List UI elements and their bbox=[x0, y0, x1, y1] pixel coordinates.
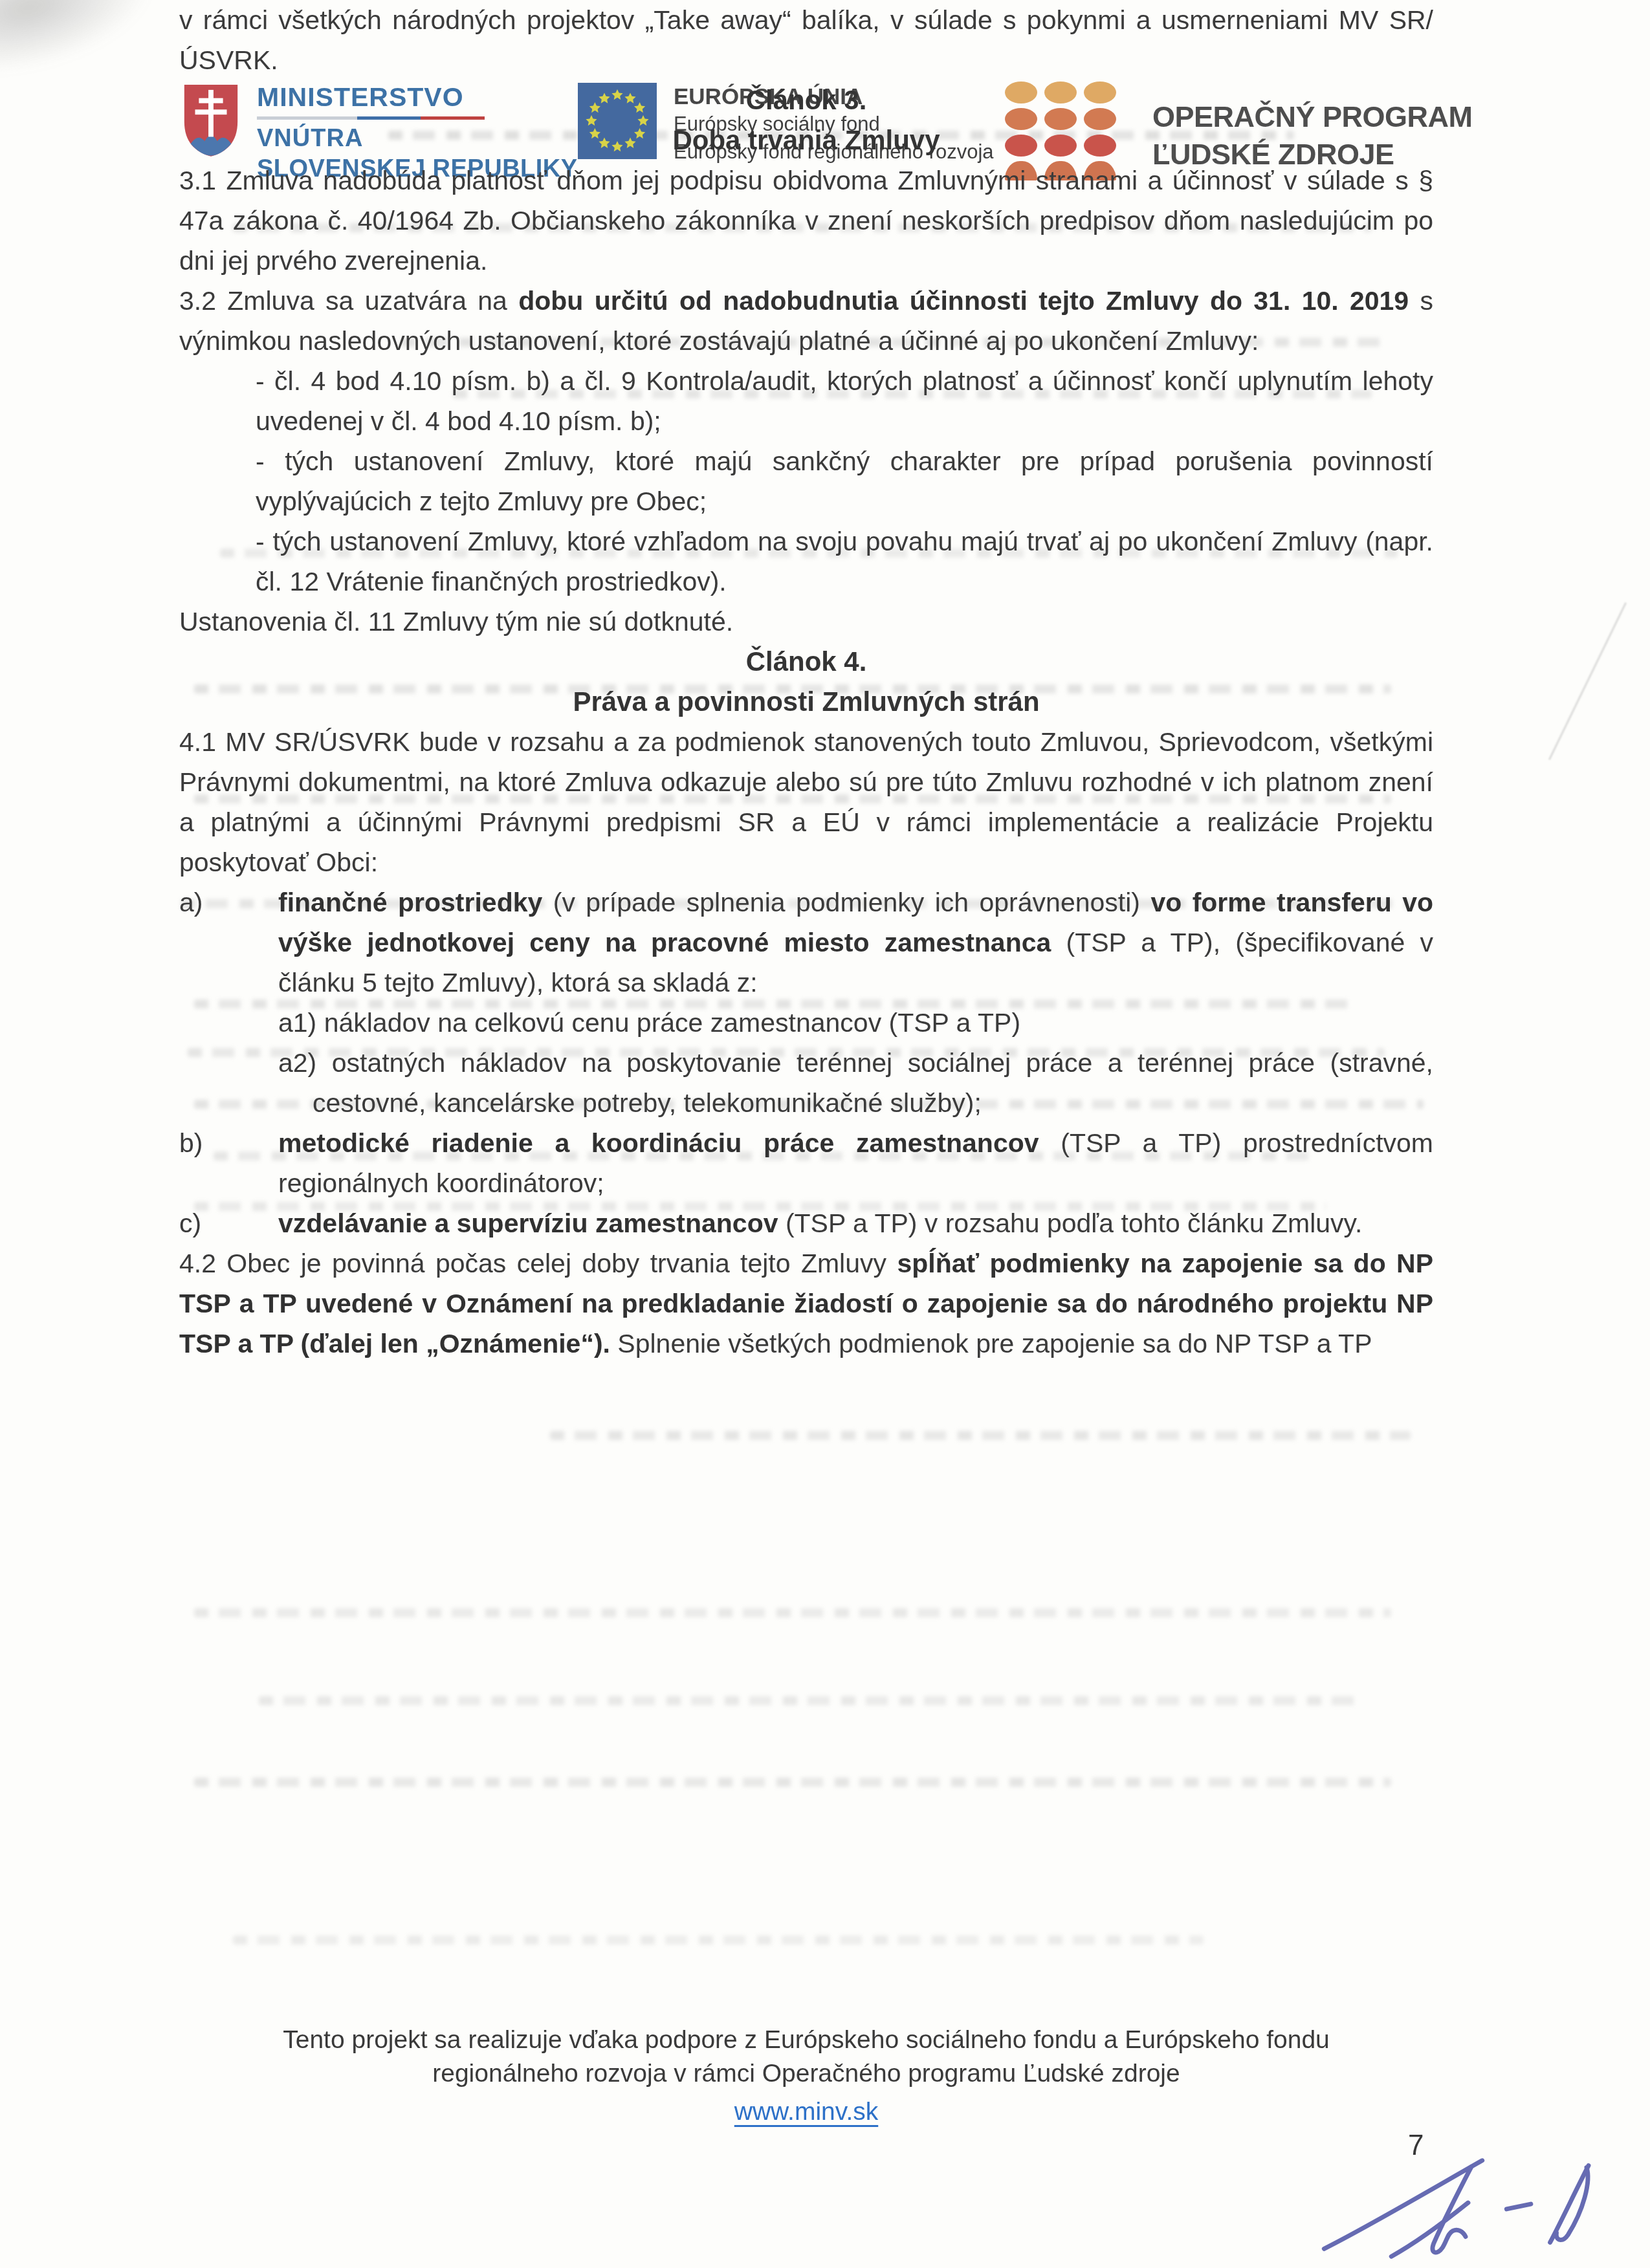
footer-line1: Tento projekt sa realizuje vďaka podpore… bbox=[179, 2023, 1433, 2057]
item-c-label: c) bbox=[179, 1203, 201, 1243]
article3-closing-paragraph: Ustanovenia čl. 11 Zmluvy tým nie sú dot… bbox=[179, 602, 1433, 642]
scanned-contract-page: MINISTERSTVO VNÚTRA SLOVENSKEJ REPUBLIKY bbox=[0, 0, 1650, 2268]
clause-3-2-bold: dobu určitú od nadobudnutia účinnosti te… bbox=[518, 286, 1409, 316]
scan-edge-artifact bbox=[1548, 602, 1627, 760]
clause-3-2-pre: 3.2 Zmluva sa uzatvára na bbox=[179, 286, 518, 316]
item-a-bold1: finančné prostriedky bbox=[278, 888, 553, 917]
clause-4-2-post: Splnenie všetkých podmienok pre zapojeni… bbox=[617, 1329, 1372, 1358]
footer-line2: regionálneho rozvoja v rámci Operačného … bbox=[179, 2057, 1433, 2091]
clause-3-2-bullet-3: - tých ustanovení Zmluvy, ktoré vzhľadom… bbox=[179, 521, 1433, 602]
document-footer: Tento projekt sa realizuje vďaka podpore… bbox=[179, 2023, 1433, 2129]
clause-3-2-bullet-1: - čl. 4 bod 4.10 písm. b) a čl. 9 Kontro… bbox=[179, 361, 1433, 441]
bleedthrough-text-artifact bbox=[259, 1696, 1359, 1705]
item-a-reg1: (v prípade splnenia podmienky ich oprávn… bbox=[553, 888, 1151, 917]
clause-4-1-item-a2: a2) ostatných nákladov na poskytovanie t… bbox=[179, 1043, 1433, 1123]
item-b-label: b) bbox=[179, 1123, 203, 1163]
item-a-label: a) bbox=[179, 882, 203, 922]
clause-4-1-item-b: b)metodické riadenie a koordináciu práce… bbox=[179, 1123, 1433, 1203]
minv-link[interactable]: www.minv.sk bbox=[734, 2095, 878, 2129]
bleedthrough-text-artifact bbox=[194, 1778, 1391, 1787]
clause-3-2-paragraph: 3.2 Zmluva sa uzatvára na dobu určitú od… bbox=[179, 281, 1433, 361]
clause-4-1-paragraph: 4.1 MV SR/ÚSVRK bude v rozsahu a za podm… bbox=[179, 722, 1433, 882]
clause-3-2-bullet-2: - tých ustanovení Zmluvy, ktoré majú san… bbox=[179, 441, 1433, 521]
clause-4-2-pre: 4.2 Obec je povinná počas celej doby trv… bbox=[179, 1248, 897, 1278]
bleedthrough-text-artifact bbox=[550, 1431, 1411, 1440]
clause-4-1-item-a: a)finančné prostriedky (v prípade splnen… bbox=[179, 882, 1433, 1003]
article3-heading: Článok 3. bbox=[179, 80, 1433, 120]
clause-3-1-paragraph: 3.1 Zmluva nadobúda platnosť dňom jej po… bbox=[179, 160, 1433, 281]
item-c-bold1: vzdelávanie a supervíziu zamestnancov bbox=[278, 1208, 786, 1238]
item-c-reg1: (TSP a TP) v rozsahu podľa tohto článku … bbox=[786, 1208, 1363, 1238]
handwritten-signature-icon bbox=[1312, 2146, 1618, 2268]
item-b-bold1: metodické riadenie a koordináciu práce z… bbox=[278, 1128, 1061, 1158]
bleedthrough-text-artifact bbox=[233, 1935, 1204, 1945]
contract-body: v rámci všetkých národných projektov „Ta… bbox=[179, 0, 1433, 1364]
article3-subheading: Doba trvania Zmluvy bbox=[179, 120, 1433, 160]
article4-subheading: Práva a povinnosti Zmluvných strán bbox=[179, 682, 1433, 722]
intro-paragraph: v rámci všetkých národných projektov „Ta… bbox=[179, 0, 1433, 80]
article4-heading: Článok 4. bbox=[179, 642, 1433, 682]
bleedthrough-text-artifact bbox=[194, 1608, 1391, 1617]
clause-4-1-item-a1: a1) nákladov na celkovú cenu práce zames… bbox=[179, 1003, 1433, 1043]
clause-4-1-item-c: c)vzdelávanie a supervíziu zamestnancov … bbox=[179, 1203, 1433, 1243]
clause-4-2-paragraph: 4.2 Obec je povinná počas celej doby trv… bbox=[179, 1243, 1433, 1364]
